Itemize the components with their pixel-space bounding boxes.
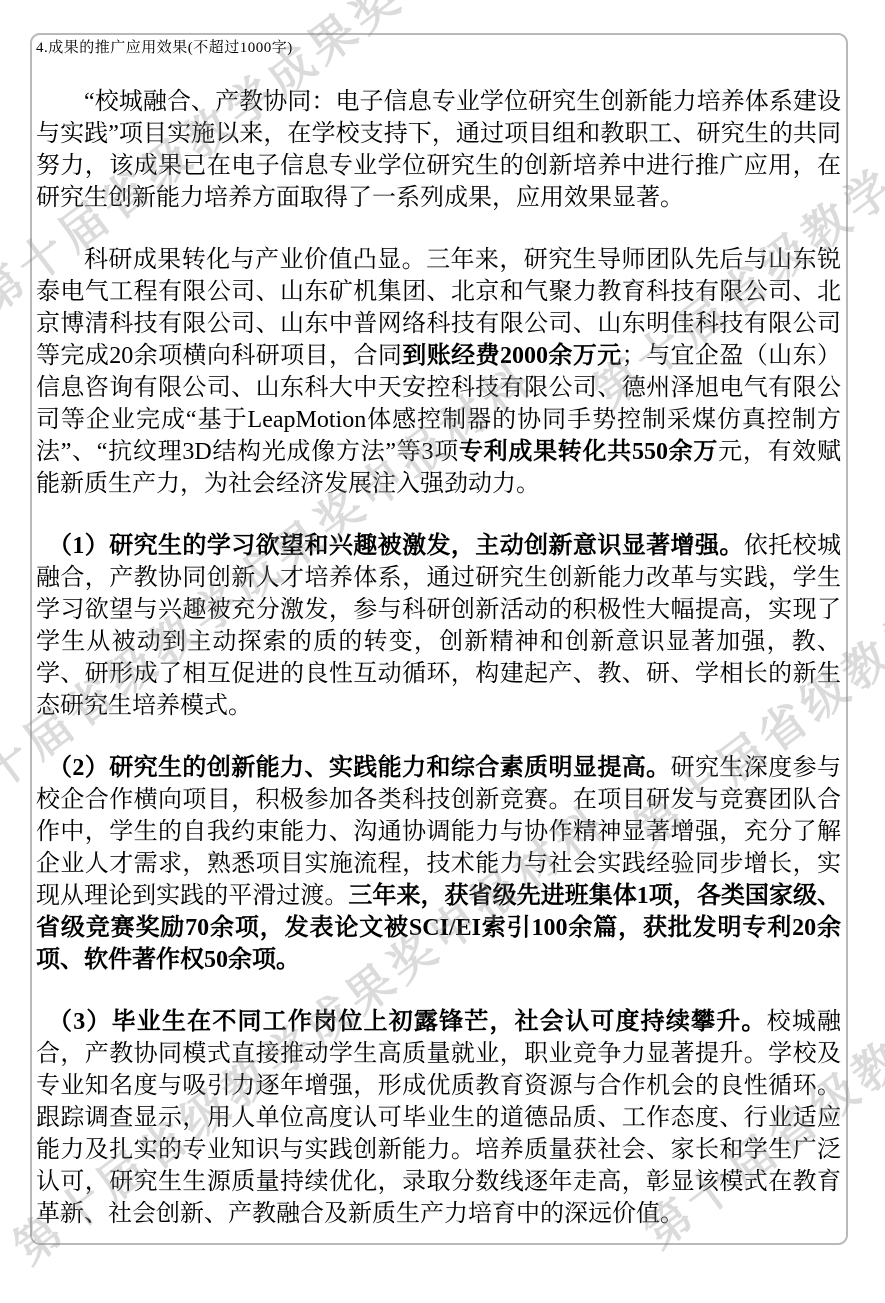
text-run: 校城融合，产教协同模式直接推动学生高质量就业，职业竞争力显著提升。学校及专业知名… — [36, 1009, 841, 1227]
bold-text-run: 专利成果转化共550余万 — [459, 439, 718, 465]
paragraph: （3）毕业生在不同工作岗位上初露锋芒，社会认可度持续攀升。校城融合，产教协同模式… — [36, 1006, 841, 1230]
text-run: 依托校城融合，产教协同创新人才培养体系，通过研究生创新能力改革与实践，学生学习欲… — [36, 533, 841, 719]
text-run: “校城融合、产教协同：电子信息专业学位研究生创新能力培养体系建设与实践”项目实施… — [36, 89, 841, 211]
section-title: 4.成果的推广应用效果(不超过1000字) — [36, 38, 841, 58]
bold-text-run: （3）毕业生在不同工作岗位上初露锋芒，社会认可度持续攀升。 — [48, 1009, 767, 1035]
document-body: “校城融合、产教协同：电子信息专业学位研究生创新能力培养体系建设与实践”项目实施… — [36, 86, 841, 1230]
paragraph: （1）研究生的学习欲望和兴趣被激发，主动创新意识显著增强。依托校城融合，产教协同… — [36, 530, 841, 722]
paragraph: 科研成果转化与产业价值凸显。三年来，研究生导师团队先后与山东锐泰电气工程有限公司… — [36, 244, 841, 500]
bold-text-run: （2）研究生的创新能力、实践能力和综合素质明显提高。 — [48, 755, 671, 781]
document-page: { "page": { "title": "4.成果的推广应用效果(不超过100… — [0, 0, 885, 1303]
bold-text-run: 到账经费2000余万元 — [402, 343, 621, 369]
paragraph: “校城融合、产教协同：电子信息专业学位研究生创新能力培养体系建设与实践”项目实施… — [36, 86, 841, 214]
bold-text-run: （1）研究生的学习欲望和兴趣被激发，主动创新意识显著增强。 — [48, 533, 744, 559]
content-box: 4.成果的推广应用效果(不超过1000字) “校城融合、产教协同：电子信息专业学… — [30, 33, 848, 1245]
paragraph: （2）研究生的创新能力、实践能力和综合素质明显提高。研究生深度参与校企合作横向项… — [36, 752, 841, 976]
